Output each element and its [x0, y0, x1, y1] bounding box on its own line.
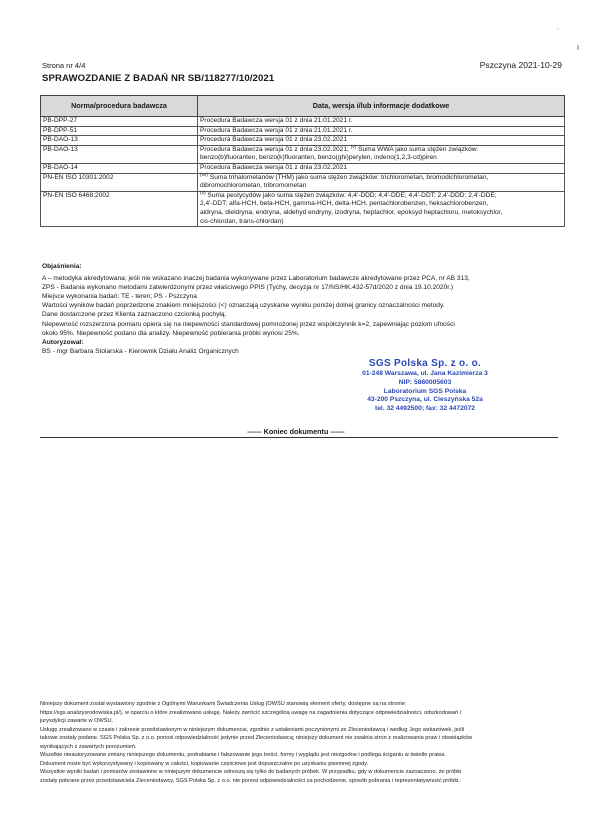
- stamp-lab-address: 43-200 Pszczyna, ul. Cieszyńska 52a: [320, 396, 530, 405]
- info-text: benzo(b)fluoranten, benzo(k)fluoranten, …: [200, 154, 437, 161]
- method-cell: PB-DPP-27: [41, 117, 198, 127]
- column-header-info: Data, wersja i/lub informacje dodatkowe: [198, 96, 565, 117]
- info-cell: (xv) Suma trihalometanów (THM) jako suma…: [198, 173, 565, 191]
- info-text: cis-chlordan, trans-chlordan): [200, 218, 284, 225]
- table-row: PB-DPP-51 Procedura Badawcza wersja 01 z…: [41, 126, 565, 136]
- info-text: dibromochlorometan, tribromometan: [200, 182, 306, 189]
- info-cell: (x) Suma pestycydów jako suma stężen zwi…: [198, 191, 565, 226]
- divider: [40, 437, 558, 438]
- info-cell: Procedura Badawcza wersja 01 z dnia 21.0…: [198, 117, 565, 127]
- stamp-company: SGS Polska Sp. z o. o.: [320, 358, 530, 370]
- stamp-lab: Laboratorium SGS Polska: [320, 388, 530, 397]
- company-stamp: SGS Polska Sp. z o. o. 01-248 Warszawa, …: [320, 358, 530, 414]
- info-cell: Procedura Badawcza wersja 01 z dnia 23.0…: [198, 145, 565, 163]
- stamp-address: 01-248 Warszawa, ul. Jana Kazimierza 3: [320, 370, 530, 379]
- footer-line: Wszelkie nieautoryzowane zmiany niniejsz…: [40, 751, 570, 760]
- stamp-phone: tel. 32 4492500; fax: 32 4472072: [320, 405, 530, 414]
- method-cell: PB-DPP-51: [41, 126, 198, 136]
- authorized-by: BS - mgr Barbara Stolarska - Kierownik D…: [42, 347, 562, 356]
- place-date: Pszczyna 2021-10-29: [480, 60, 562, 70]
- methods-table: Norma/procedura badawcza Data, wersja i/…: [40, 95, 565, 227]
- footer-line: wynikających z zawartych porozumień.: [40, 743, 570, 752]
- explanation-line: Dane dostarczone przez Klienta zaznaczon…: [42, 310, 562, 319]
- footer-line: zostały pobrane przez przedstawiciela Zl…: [40, 777, 570, 786]
- footer-line: jurysdykcji zawarte w OWŚU.: [40, 717, 570, 726]
- method-cell: PB-DAO-13: [41, 136, 198, 146]
- table-row: PB-DPP-27 Procedura Badawcza wersja 01 z…: [41, 117, 565, 127]
- table-row: PN-EN ISO 10301:2002 (xv) Suma trihalome…: [41, 173, 565, 191]
- table-header-row: Norma/procedura badawcza Data, wersja i/…: [41, 96, 565, 117]
- stamp-nip: NIP: 5860005603: [320, 379, 530, 388]
- info-text: aldryna, dieldryna, endryna, aldehyd end…: [200, 209, 502, 216]
- column-header-method: Norma/procedura badawcza: [41, 96, 198, 117]
- end-of-document-text: ------ Koniec dokumentu ------: [247, 427, 344, 436]
- footer-line: https://sgs.analizysrodowiska.pl/), w op…: [40, 709, 570, 718]
- end-of-document: ------ Koniec dokumentu ------: [0, 427, 590, 436]
- info-text: Suma pestycydów jako suma stężen związkó…: [206, 192, 497, 199]
- explanation-line: ZPS - Badania wykonano metodami zatwierd…: [42, 283, 562, 292]
- footnote-marker: (xv): [200, 173, 208, 178]
- info-cell: Procedura Badawcza wersja 01 z dnia 23.0…: [198, 163, 565, 173]
- footer-line: Wszystkie wyniki badań i pomiarów zestaw…: [40, 768, 570, 777]
- table-row: PB-DAO-14 Procedura Badawcza wersja 01 z…: [41, 163, 565, 173]
- info-text: Procedura Badawcza wersja 01 z dnia 23.0…: [200, 146, 351, 153]
- info-cell: Procedura Badawcza wersja 01 z dnia 23.0…: [198, 136, 565, 146]
- explanation-line: około 95%. Niepewność podano dla analizy…: [42, 329, 562, 338]
- explanation-line: Niepewność rozszerzona pomiaru opiera si…: [42, 320, 562, 329]
- page-number: Strona nr 4/4: [42, 61, 85, 70]
- table-row: PN-EN ISO 6468:2002 (x) Suma pestycydów …: [41, 191, 565, 226]
- table-row: PB-DAO-13 Procedura Badawcza wersja 01 z…: [41, 145, 565, 163]
- explanation-line: A – metodyka akredytowana; jeśli nie wsk…: [42, 274, 562, 283]
- method-cell: PN-EN ISO 10301:2002: [41, 173, 198, 191]
- method-cell: PN-EN ISO 6468:2002: [41, 191, 198, 226]
- footer-line: Dokument może być wykorzystywany i kopio…: [40, 760, 570, 769]
- footer-line: Usługę zrealizowano w czasie i zakresie …: [40, 726, 570, 735]
- explanations-heading: Objaśnienia:: [42, 262, 562, 271]
- explanation-line: Wartości wyników badań poprzedzone znaki…: [42, 301, 562, 310]
- scan-artifact: [577, 45, 579, 50]
- explanations-section: Objaśnienia: A – metodyka akredytowana; …: [42, 262, 562, 356]
- method-cell: PB-DAO-13: [41, 145, 198, 163]
- explanation-line: Miejsce wykonania badań: TE - teren; PS …: [42, 292, 562, 301]
- footer-line: Niniejszy dokument został wystawiony zgo…: [40, 700, 570, 709]
- info-text: Suma trihalometanów (THM) jako suma stęż…: [208, 174, 488, 181]
- info-cell: Procedura Badawcza wersja 01 z dnia 21.0…: [198, 126, 565, 136]
- table-row: PB-DAO-13 Procedura Badawcza wersja 01 z…: [41, 136, 565, 146]
- report-title: SPRAWOZDANIE Z BADAŃ NR SB/118277/10/202…: [42, 73, 274, 84]
- scan-artifact: [557, 28, 559, 30]
- authorized-label: Autoryzował:: [42, 338, 562, 347]
- info-text: Suma WWA jako suma stężen związków:: [356, 146, 478, 153]
- legal-footer: Niniejszy dokument został wystawiony zgo…: [40, 700, 570, 785]
- footer-line: takowe zostały podane. SGS Polska Sp. z …: [40, 734, 570, 743]
- info-text: 2,4'-DDT; alfa-HCH, beta-HCH, gamma-HCH,…: [200, 200, 488, 207]
- method-cell: PB-DAO-14: [41, 163, 198, 173]
